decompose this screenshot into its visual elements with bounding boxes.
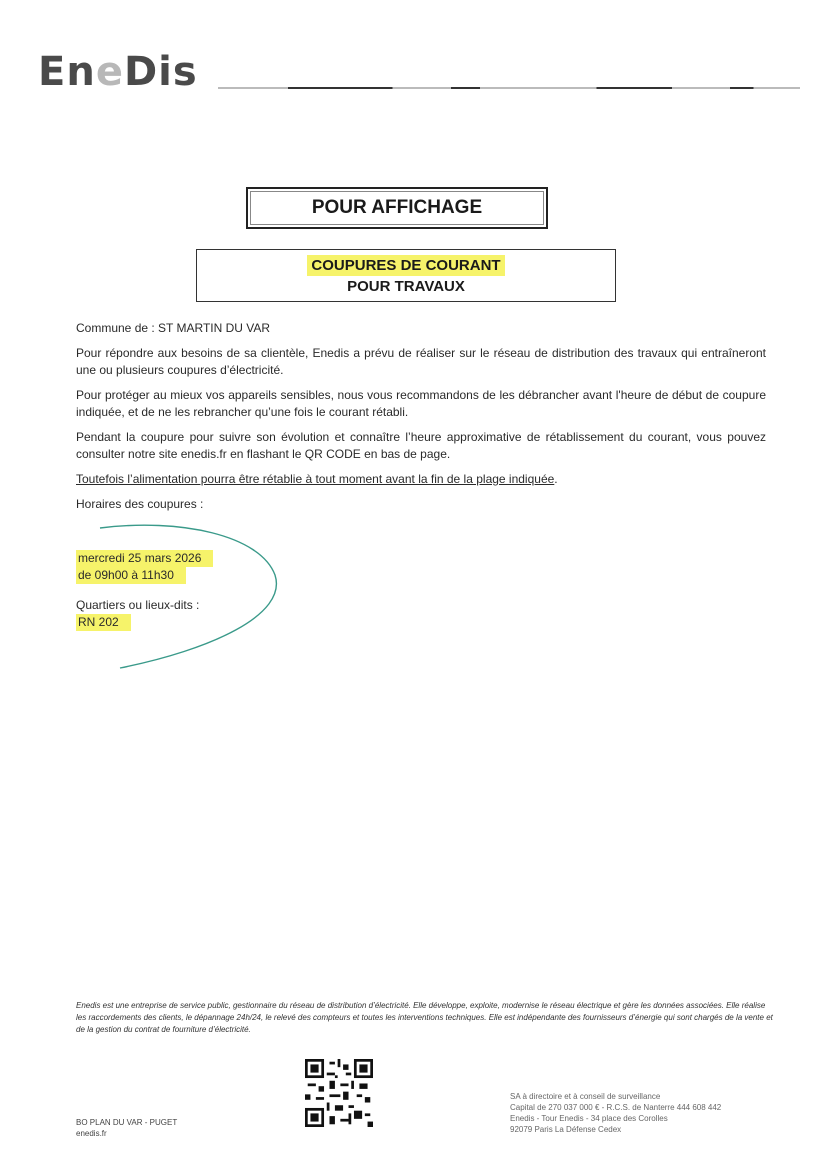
schedule-block: mercredi 25 mars 2026 de 09h00 à 11h30 Q…: [76, 550, 213, 631]
paragraph: Pour répondre aux besoins de sa clientèl…: [76, 345, 766, 379]
logo-part: e: [96, 49, 124, 95]
subtitle-line2: POUR TRAVAUX: [347, 276, 465, 297]
legal-line: SA à directoire et à conseil de surveill…: [510, 1091, 721, 1102]
outage-time: de 09h00 à 11h30: [76, 567, 186, 584]
logo-part: En: [38, 49, 96, 95]
legal-line: Enedis - Tour Enedis - 34 place des Coro…: [510, 1113, 721, 1124]
footer-address: BO PLAN DU VAR - PUGET enedis.fr: [76, 1117, 177, 1139]
footer-fineprint: Enedis est une entreprise de service pub…: [76, 1000, 776, 1036]
outage-place: RN 202: [76, 614, 131, 631]
paragraph-warning: Toutefois l’alimentation pourra être rét…: [76, 471, 766, 488]
title-box: POUR AFFICHAGE: [246, 187, 548, 229]
enedis-logo: EneDis: [38, 52, 198, 92]
page-title: POUR AFFICHAGE: [312, 197, 482, 219]
notice-body: Commune de : ST MARTIN DU VAR Pour répon…: [76, 320, 766, 521]
commune-line: Commune de : ST MARTIN DU VAR: [76, 320, 766, 337]
address-line: BO PLAN DU VAR - PUGET: [76, 1117, 177, 1128]
punctuation: .: [554, 472, 557, 486]
logo-part: Dis: [124, 49, 198, 95]
outage-date: mercredi 25 mars 2026: [76, 550, 213, 567]
paragraph: Pour protéger au mieux vos appareils sen…: [76, 387, 766, 421]
footer-legal: SA à directoire et à conseil de surveill…: [510, 1091, 721, 1135]
legal-line: 92079 Paris La Défense Cedex: [510, 1124, 721, 1135]
website-link[interactable]: enedis.fr: [76, 1128, 177, 1139]
schedule-label: Horaires des coupures :: [76, 496, 766, 513]
subtitle-line1: COUPURES DE COURANT: [307, 255, 504, 276]
warning-text: Toutefois l’alimentation pourra être rét…: [76, 472, 554, 486]
legal-line: Capital de 270 037 000 € - R.C.S. de Nan…: [510, 1102, 721, 1113]
places-label: Quartiers ou lieux-dits :: [76, 597, 213, 614]
subtitle-box: COUPURES DE COURANT POUR TRAVAUX: [196, 249, 616, 302]
qr-code-icon[interactable]: [305, 1059, 373, 1127]
paragraph: Pendant la coupure pour suivre son évolu…: [76, 429, 766, 463]
header-rule: [218, 87, 800, 89]
